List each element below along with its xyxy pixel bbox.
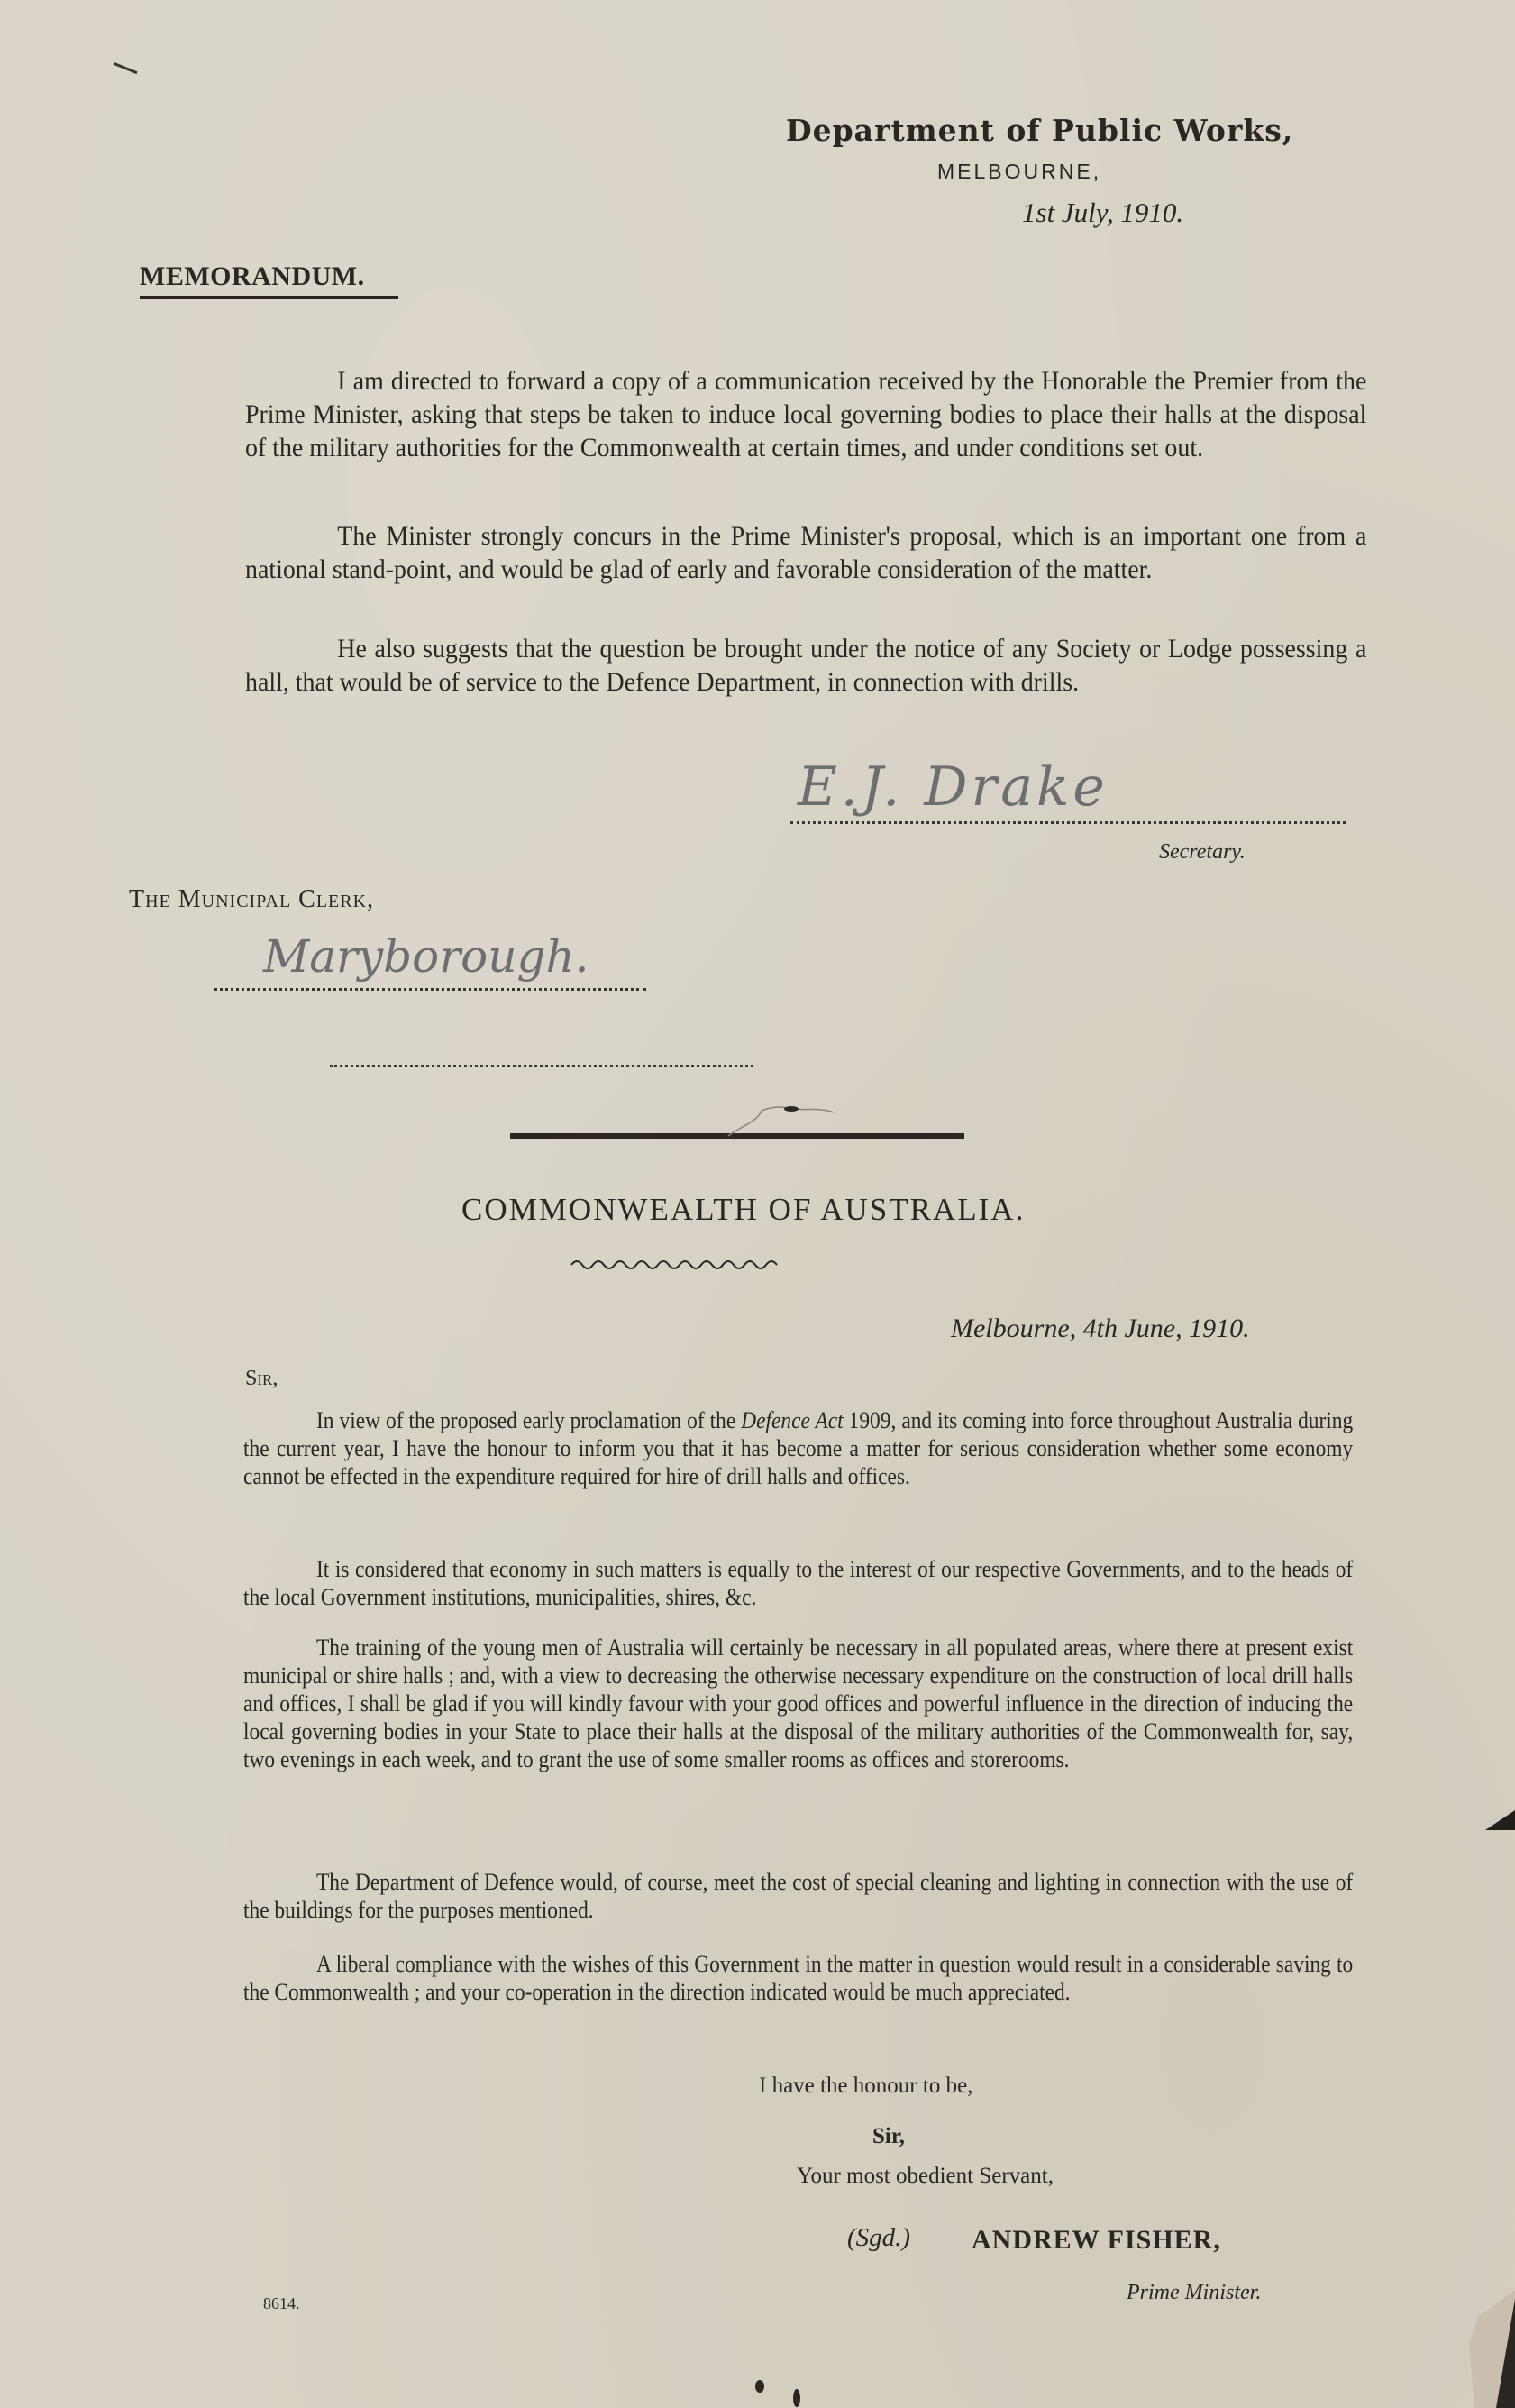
memo-heading: MEMORANDUM. [140,261,398,299]
closing-line-2: Sir, [872,2124,905,2149]
memo-heading-underline [140,296,398,299]
signatory-title: Secretary. [1159,840,1246,865]
sgd-label: (Sgd.) [847,2223,910,2253]
addressee-line-1 [214,988,646,991]
letterhead-city: MELBOURNE, [937,160,1101,184]
letter-paragraph-3: The training of the young men of Austral… [243,1634,1353,1773]
signature-line [790,821,1346,824]
form-number: 8614. [263,2294,300,2313]
letter-paragraph-5: A liberal compliance with the wishes of … [243,1950,1353,2006]
memo-date: 1st July, 1910. [1022,197,1183,229]
ink-blot-bottom [755,2380,764,2393]
curled-corner-bottom-right [1406,2290,1515,2408]
wavy-rule [570,1258,786,1270]
defence-act-italic: Defence Act [741,1407,843,1433]
ink-blot-bottom-2 [793,2389,800,2407]
letter-paragraph-4: The Department of Defence would, of cour… [243,1868,1353,1924]
letter-dateline: Melbourne, 4th June, 1910. [951,1314,1250,1344]
handwritten-signature: E.J. Drake [798,755,1109,819]
addressee-label: The Municipal Clerk, [129,885,374,914]
addressee-line-2 [330,1065,753,1067]
torn-corner-right [1478,1803,1515,1857]
paper-mark [113,62,137,74]
memo-paragraph-2: The Minister strongly concurs in the Pri… [245,519,1366,586]
letter-paragraph-2: It is considered that economy in such ma… [243,1555,1353,1611]
memo-paragraph-1: I am directed to forward a copy of a com… [245,364,1366,464]
memo-heading-text: MEMORANDUM. [140,261,398,292]
closing-line-3: Your most obedient Servant, [797,2164,1054,2189]
letter-paragraph-1-before: In view of the proposed early proclamati… [316,1407,741,1433]
letter-heading: COMMONWEALTH OF AUSTRALIA. [461,1192,1025,1228]
letterhead-department: Department of Public Works, [786,113,1293,148]
signatory-role: Prime Minister. [1127,2281,1261,2305]
closing-line-1: I have the honour to be, [759,2074,972,2099]
letter-paragraph-1: In view of the proposed early proclamati… [243,1406,1353,1490]
paper-tear [721,1100,847,1145]
addressee-handwritten: Maryborough. [263,930,589,983]
signatory-name: ANDREW FISHER, [972,2225,1221,2256]
letter-salutation: Sir, [245,1367,278,1391]
memo-paragraph-3: He also suggests that the question be br… [245,632,1366,699]
